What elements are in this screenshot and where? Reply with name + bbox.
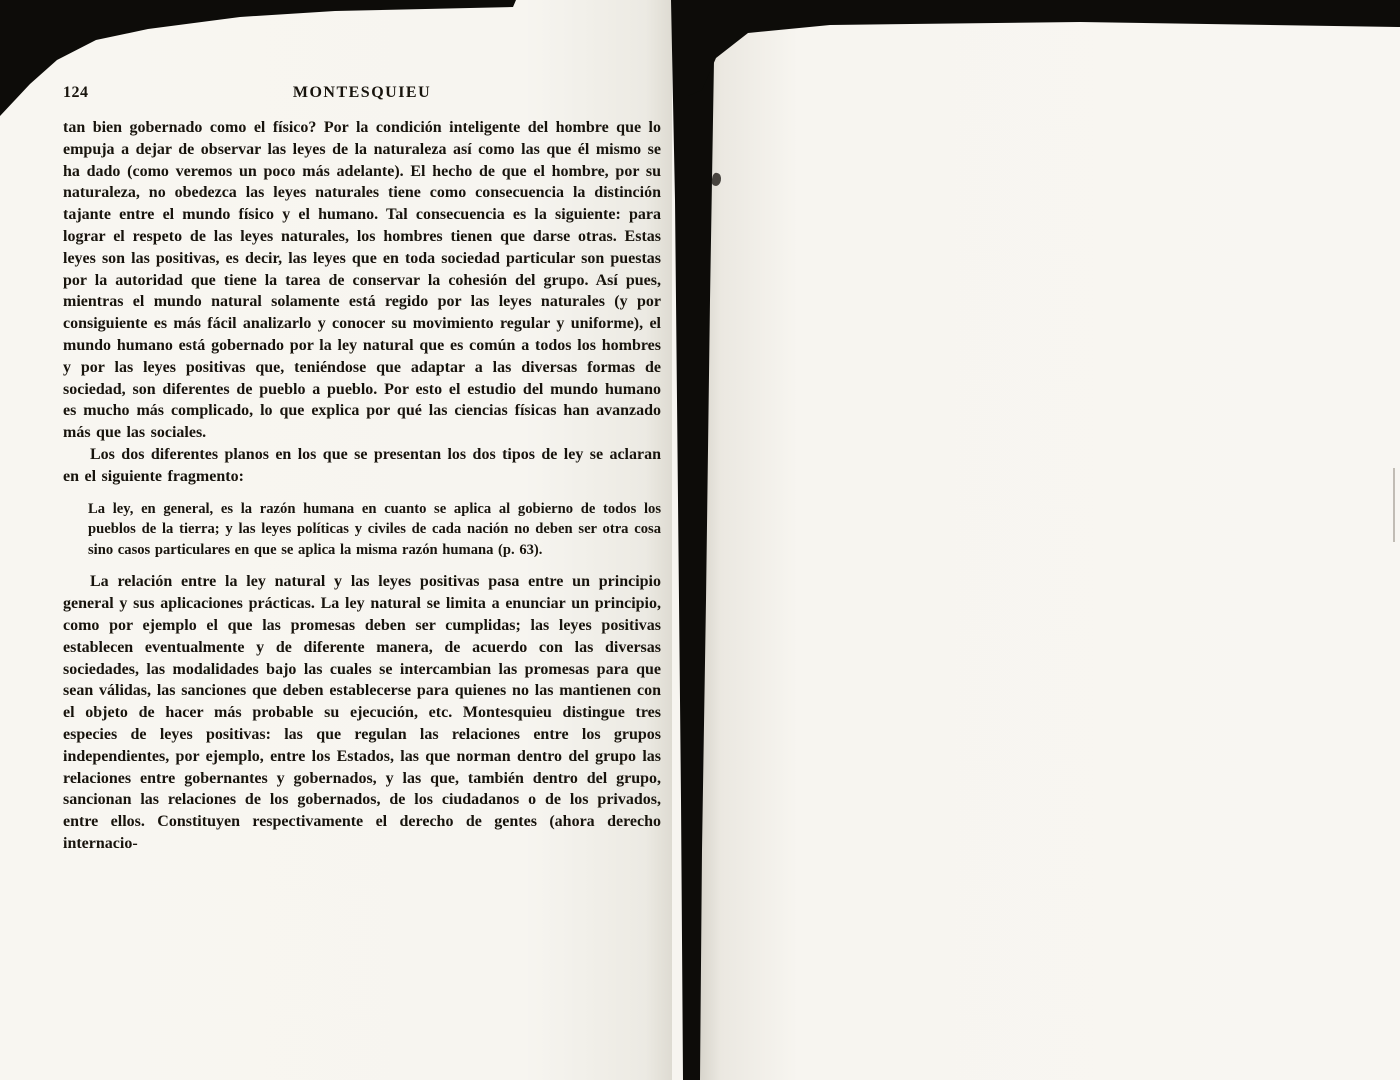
left-page-body: tan bien gobernado como el físico? Por l… (63, 117, 661, 855)
left-page-paragraph: La relación entre la ley natural y las l… (63, 571, 661, 854)
page-edge-line (1393, 468, 1395, 542)
left-page-paragraph: tan bien gobernado como el físico? Por l… (63, 117, 661, 444)
left-page-header: 124 MONTESQUIEU (63, 84, 661, 102)
left-page-paragraph: La ley, en general, es la razón humana e… (88, 499, 661, 561)
right-page: MONTESQUIEU 125 nal), el derecho polític… (700, 0, 1400, 1080)
left-running-head: MONTESQUIEU (262, 84, 461, 102)
left-page: 124 MONTESQUIEU tan bien gobernado como … (0, 0, 672, 1080)
left-page-column: 124 MONTESQUIEU tan bien gobernado como … (63, 84, 661, 855)
left-page-number: 124 (63, 84, 262, 102)
paragraph-text: La ley, en general, es la razón humana e… (88, 501, 661, 558)
paragraph-text: Los dos diferentes planos en los que se … (63, 446, 661, 485)
paragraph-text: La relación entre la ley natural y las l… (63, 573, 661, 852)
paragraph-text: tan bien gobernado como el físico? Por l… (63, 119, 661, 441)
scanned-book-spread: { "meta": { "description": "Scanned book… (0, 0, 1400, 1080)
left-page-paragraph: Los dos diferentes planos en los que se … (63, 444, 661, 488)
